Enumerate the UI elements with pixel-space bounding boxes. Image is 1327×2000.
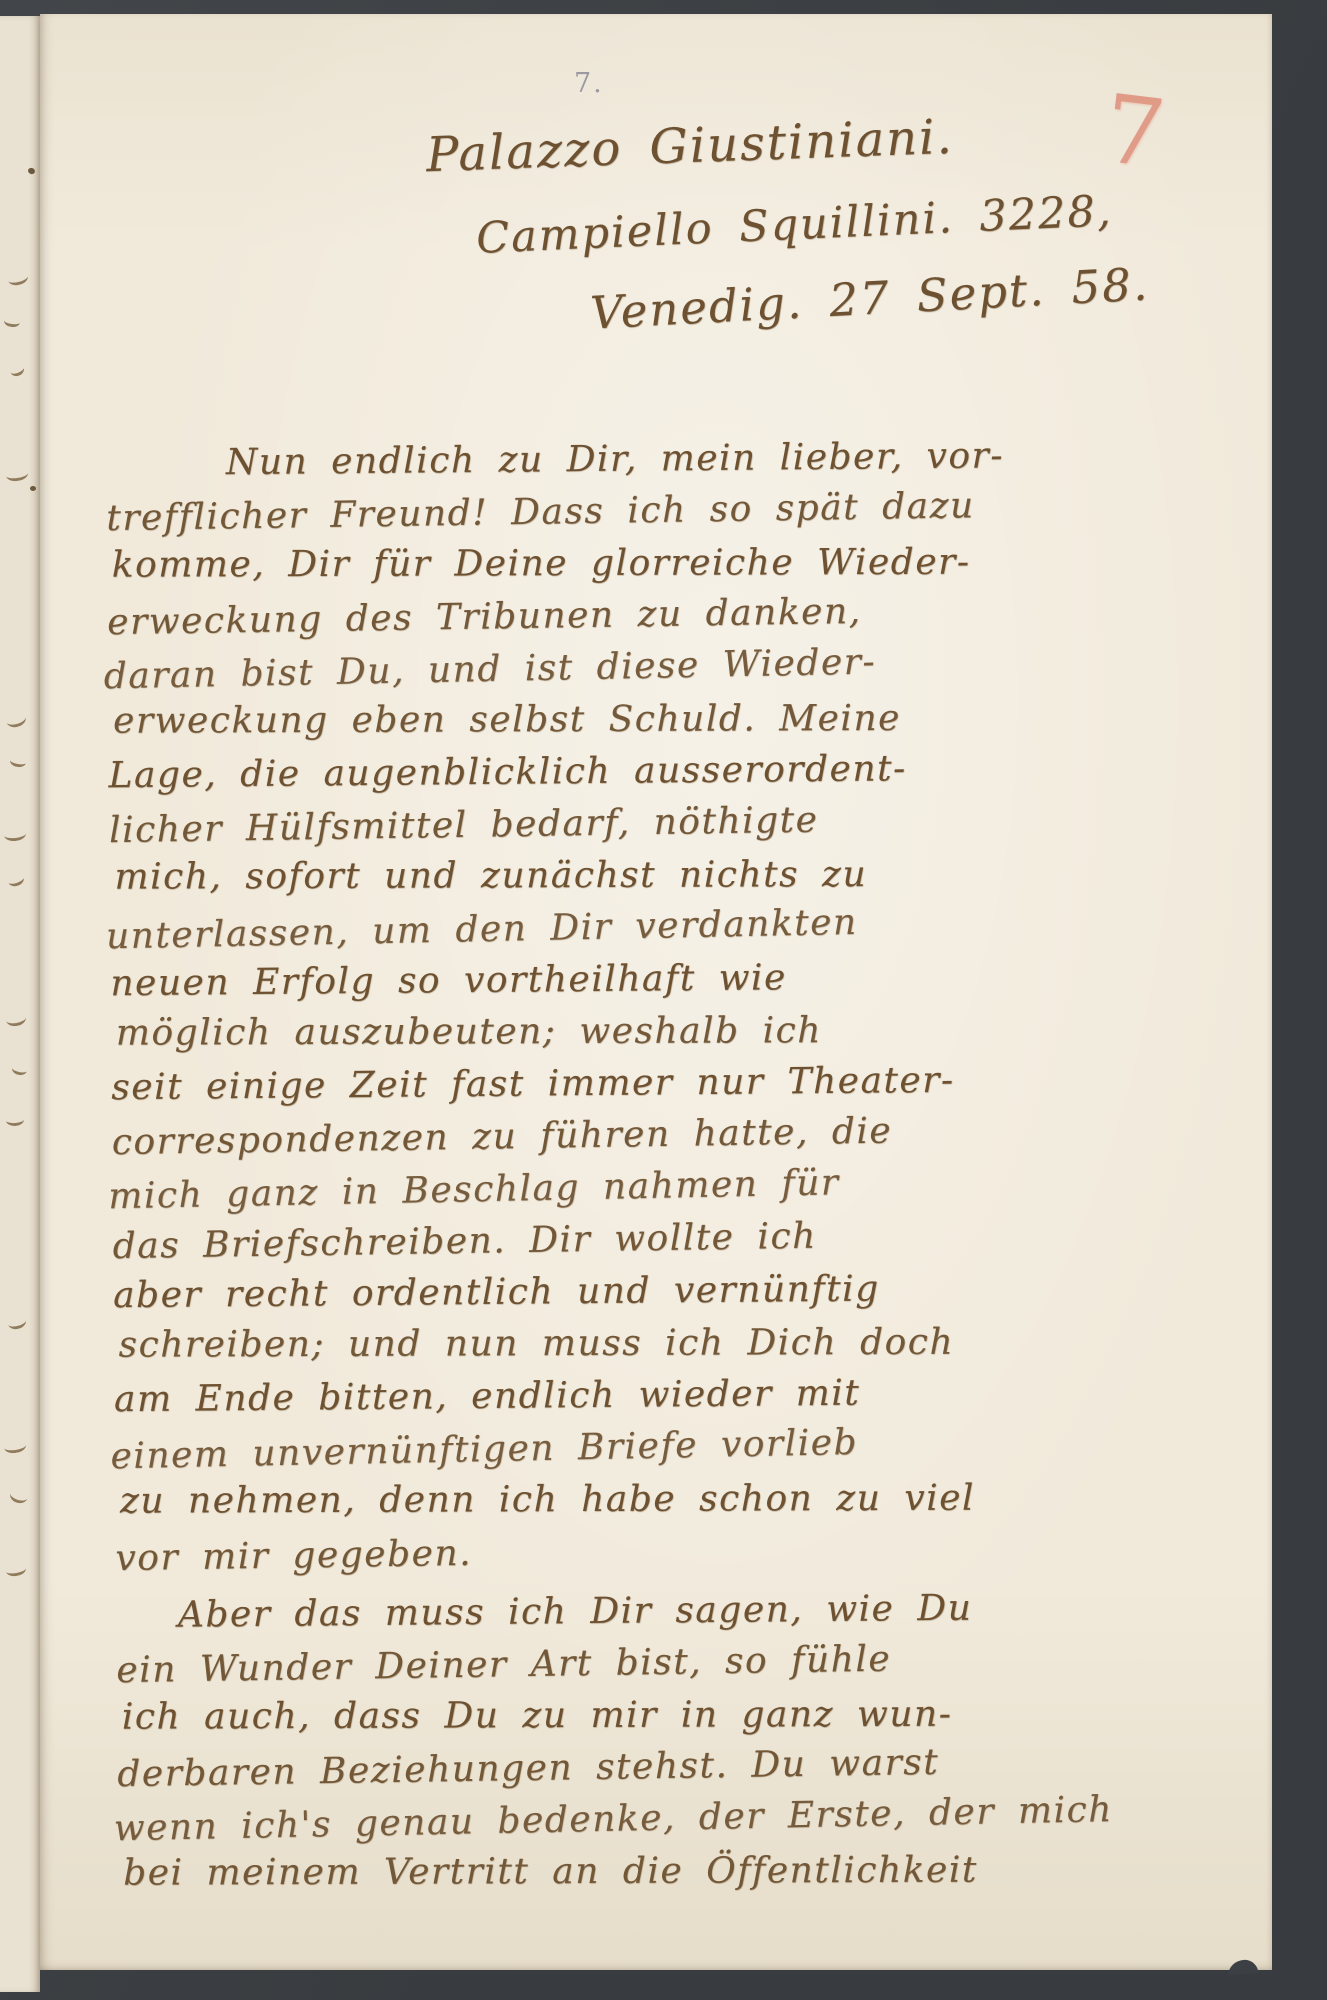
letter-body: Nun endlich zu Dir, mein lieber, vor-tre… — [106, 430, 1079, 1902]
red-crayon-folio-number: 7 — [1098, 83, 1169, 184]
ink-fragment — [4, 710, 27, 730]
ink-fragment — [7, 270, 30, 287]
ink-fragment — [5, 1010, 27, 1027]
ink-fragment — [3, 1439, 27, 1455]
handwritten-line: schreiben; und nun muss ich Dich doch — [118, 1316, 1078, 1371]
ink-fragment — [9, 755, 27, 769]
heading-address-campiello: Campiello Squillini. 3228, — [475, 186, 1113, 264]
ink-fragment — [5, 467, 29, 483]
ink-fragment — [7, 1314, 28, 1331]
handwritten-line: möglich auszubeuten; weshalb ich — [116, 1004, 1076, 1059]
letter-page: 7. 7 Palazzo Giustiniani. Campiello Squi… — [40, 14, 1272, 1970]
ink-fragment — [6, 1113, 25, 1126]
heading-address-palazzo: Palazzo Giustiniani. — [425, 109, 954, 183]
paragraph-2: Aber das muss ich Dir sagen, wie Duein W… — [116, 1582, 1079, 1902]
handwritten-line: zu nehmen, denn ich habe schon zu viel — [120, 1472, 1080, 1527]
ink-fragment — [3, 827, 26, 842]
ink-fragment — [5, 1562, 27, 1577]
ink-fragment — [11, 1063, 28, 1077]
ink-fragment — [30, 486, 36, 491]
paper-edge-notch — [1228, 1959, 1259, 1975]
ink-fragment — [8, 1486, 29, 1505]
ink-fragment — [8, 362, 25, 378]
paragraph-1: Nun endlich zu Dir, mein lieber, vor-tre… — [106, 430, 1076, 1582]
handwritten-line: bei meinem Vertritt an die Öffentlichkei… — [123, 1844, 1083, 1899]
handwritten-line: komme, Dir für Deine glorreiche Wieder- — [112, 536, 1072, 591]
handwritten-line: erweckung eben selbst Schuld. Meine — [113, 692, 1073, 747]
adjacent-page-edge — [0, 16, 40, 1992]
handwritten-line: ich auch, dass Du zu mir in ganz wun- — [122, 1688, 1082, 1743]
heading-place-date: Venedig. 27 Sept. 58. — [589, 257, 1150, 339]
handwritten-line: vor mir gegeben. — [115, 1519, 1076, 1585]
pencil-folio-number: 7. — [574, 68, 604, 99]
ink-fragment — [3, 315, 20, 328]
ink-fragment — [27, 167, 36, 175]
scan-background: 7. 7 Palazzo Giustiniani. Campiello Squi… — [0, 0, 1327, 2000]
ink-fragment — [7, 872, 26, 888]
